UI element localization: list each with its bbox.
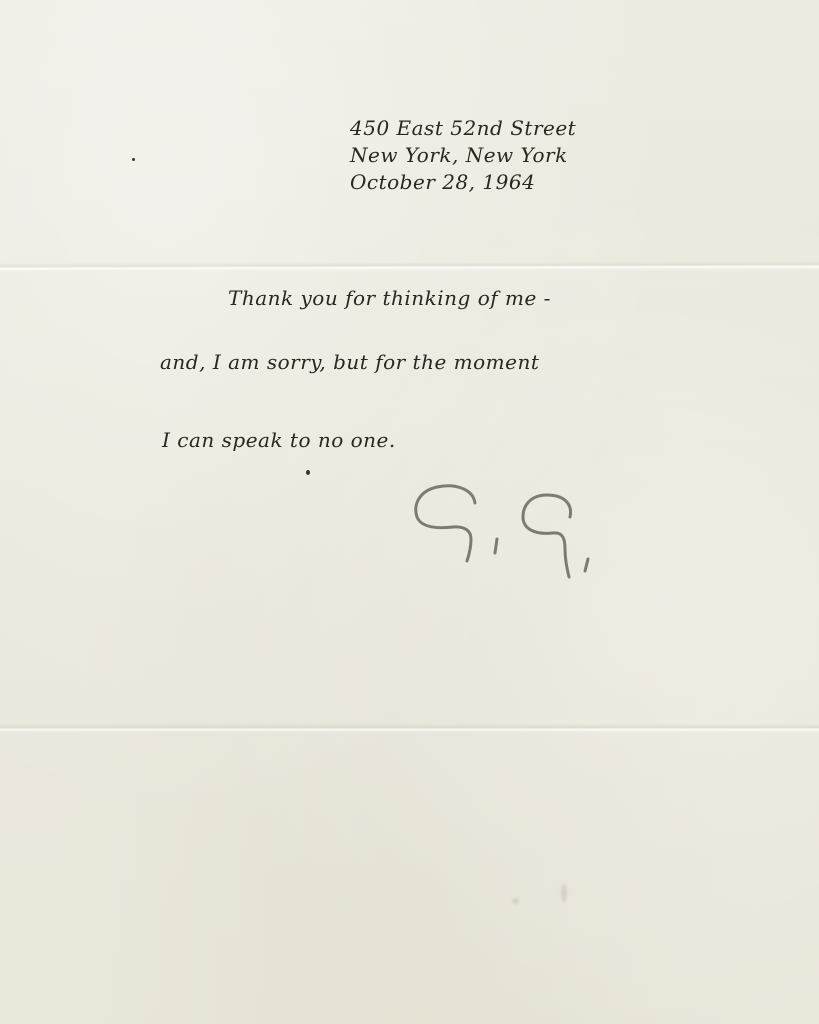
body-line: I can speak to no one.	[162, 430, 396, 450]
letter-date: October 28, 1964	[350, 169, 576, 196]
paper-smudge	[512, 898, 519, 904]
paper-smudge	[561, 884, 567, 902]
paper-speck	[306, 470, 310, 475]
signature-pencil-icon	[405, 475, 605, 585]
body-line: Thank you for thinking of me -	[228, 288, 551, 308]
paper-fold-top	[0, 261, 819, 273]
sender-address-block: 450 East 52nd Street New York, New York …	[350, 115, 576, 196]
paper-fold-bottom	[0, 724, 819, 734]
signature-initials	[405, 475, 605, 585]
paper-speck	[132, 158, 135, 161]
letter-paper: 450 East 52nd Street New York, New York …	[0, 0, 819, 1024]
address-street: 450 East 52nd Street	[350, 115, 576, 142]
body-line: and, I am sorry, but for the moment	[160, 352, 539, 372]
address-city: New York, New York	[350, 142, 576, 169]
